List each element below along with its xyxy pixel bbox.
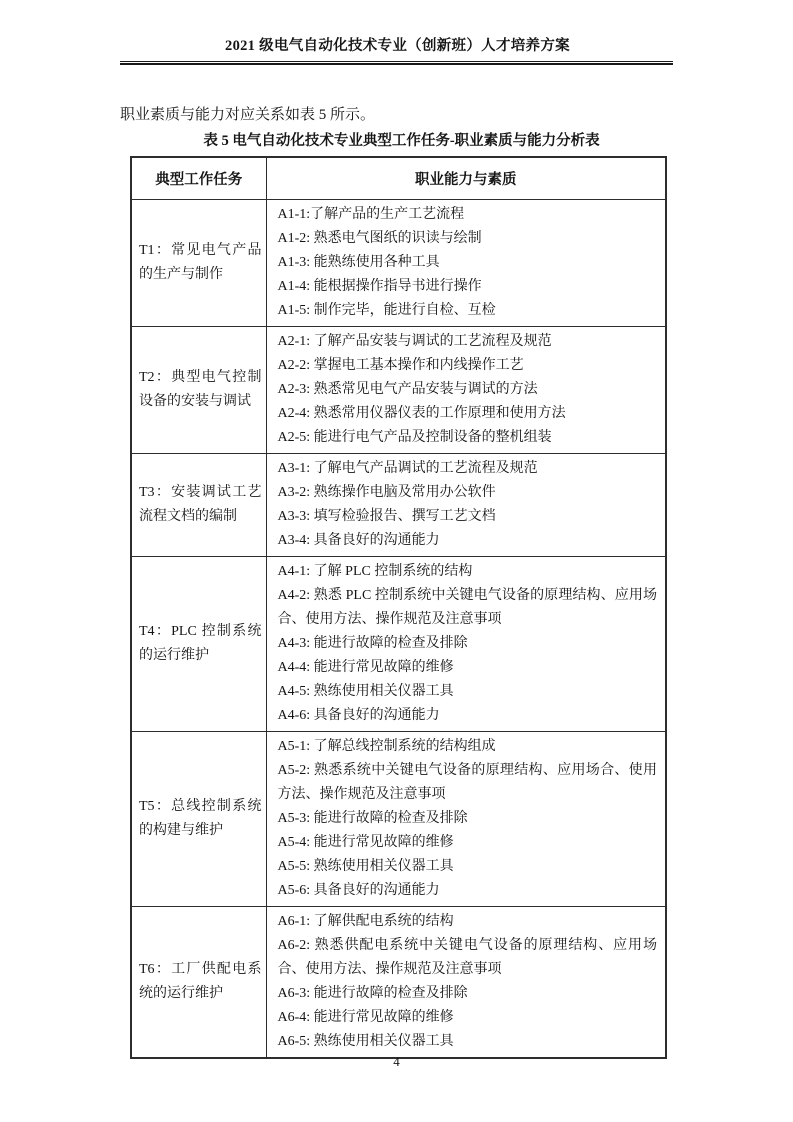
table-header-row: 典型工作任务 职业能力与素质 (131, 157, 666, 199)
intro-paragraph: 职业素质与能力对应关系如表 5 所示。 (120, 105, 673, 125)
ability-item: A1-3: 能熟练使用各种工具 (278, 251, 658, 275)
ability-item: A1-1:了解产品的生产工艺流程 (278, 203, 658, 227)
ability-item: A4-5: 熟练使用相关仪器工具 (278, 680, 658, 704)
ability-item: A1-4: 能根据操作指导书进行操作 (278, 275, 658, 299)
table-row-t3: T3：安装调试工艺流程文档的编制 A3-1: 了解电气产品调试的工艺流程及规范 … (131, 453, 666, 556)
ability-item: A5-6: 具备良好的沟通能力 (278, 879, 658, 903)
ability-item: A3-3: 填写检验报告、撰写工艺文档 (278, 505, 658, 529)
ability-item: A6-3: 能进行故障的检查及排除 (278, 982, 658, 1006)
document-page: 2021 级电气自动化技术专业（创新班）人才培养方案 职业素质与能力对应关系如表… (0, 0, 793, 1122)
ability-item: A3-4: 具备良好的沟通能力 (278, 529, 658, 553)
table-row-t5: T5：总线控制系统的构建与维护 A5-1: 了解总线控制系统的结构组成 A5-2… (131, 731, 666, 906)
ability-cell-t1: A1-1:了解产品的生产工艺流程 A1-2: 熟悉电气图纸的识读与绘制 A1-3… (266, 199, 666, 326)
ability-item: A5-3: 能进行故障的检查及排除 (278, 807, 658, 831)
task-cell-t6: T6：工厂供配电系统的运行维护 (131, 906, 266, 1058)
ability-cell-t3: A3-1: 了解电气产品调试的工艺流程及规范 A3-2: 熟练操作电脑及常用办公… (266, 453, 666, 556)
column-header-task: 典型工作任务 (131, 157, 266, 199)
ability-item: A1-2: 熟悉电气图纸的识读与绘制 (278, 227, 658, 251)
ability-cell-t6: A6-1: 了解供配电系统的结构 A6-2: 熟悉供配电系统中关键电气设备的原理… (266, 906, 666, 1058)
ability-item: A3-2: 熟练操作电脑及常用办公软件 (278, 481, 658, 505)
task-cell-t2: T2：典型电气控制设备的安装与调试 (131, 326, 266, 453)
ability-item: A6-1: 了解供配电系统的结构 (278, 910, 658, 934)
ability-item: A6-5: 熟练使用相关仪器工具 (278, 1030, 658, 1054)
ability-cell-t2: A2-1: 了解产品安装与调试的工艺流程及规范 A2-2: 掌握电工基本操作和内… (266, 326, 666, 453)
table-row-t2: T2：典型电气控制设备的安装与调试 A2-1: 了解产品安装与调试的工艺流程及规… (131, 326, 666, 453)
ability-item: A5-2: 熟悉系统中关键电气设备的原理结构、应用场合、使用方法、操作规范及注意… (278, 759, 658, 807)
ability-item: A4-6: 具备良好的沟通能力 (278, 704, 658, 728)
ability-item: A6-4: 能进行常见故障的维修 (278, 1006, 658, 1030)
task-cell-t1: T1：常见电气产品的生产与制作 (131, 199, 266, 326)
table-row-t1: T1：常见电气产品的生产与制作 A1-1:了解产品的生产工艺流程 A1-2: 熟… (131, 199, 666, 326)
ability-item: A4-4: 能进行常见故障的维修 (278, 656, 658, 680)
ability-item: A6-2: 熟悉供配电系统中关键电气设备的原理结构、应用场合、使用方法、操作规范… (278, 934, 658, 982)
ability-item: A1-5: 制作完毕，能进行自检、互检 (278, 299, 658, 323)
ability-item: A3-1: 了解电气产品调试的工艺流程及规范 (278, 457, 658, 481)
ability-item: A2-4: 熟悉常用仪器仪表的工作原理和使用方法 (278, 402, 658, 426)
task-cell-t4: T4：PLC 控制系统的运行维护 (131, 556, 266, 731)
task-cell-t5: T5：总线控制系统的构建与维护 (131, 731, 266, 906)
ability-item: A5-4: 能进行常见故障的维修 (278, 831, 658, 855)
document-header-title: 2021 级电气自动化技术专业（创新班）人才培养方案 (120, 36, 675, 56)
ability-item: A5-5: 熟练使用相关仪器工具 (278, 855, 658, 879)
ability-item: A4-1: 了解 PLC 控制系统的结构 (278, 560, 658, 584)
ability-cell-t5: A5-1: 了解总线控制系统的结构组成 A5-2: 熟悉系统中关键电气设备的原理… (266, 731, 666, 906)
page-number: 4 (0, 1054, 793, 1070)
ability-item: A2-5: 能进行电气产品及控制设备的整机组装 (278, 426, 658, 450)
ability-cell-t4: A4-1: 了解 PLC 控制系统的结构 A4-2: 熟悉 PLC 控制系统中关… (266, 556, 666, 731)
ability-item: A2-3: 熟悉常见电气产品安装与调试的方法 (278, 378, 658, 402)
task-cell-t3: T3：安装调试工艺流程文档的编制 (131, 453, 266, 556)
ability-item: A4-3: 能进行故障的检查及排除 (278, 632, 658, 656)
ability-item: A4-2: 熟悉 PLC 控制系统中关键电气设备的原理结构、应用场合、使用方法、… (278, 584, 658, 632)
table-row-t6: T6：工厂供配电系统的运行维护 A6-1: 了解供配电系统的结构 A6-2: 熟… (131, 906, 666, 1058)
ability-item: A5-1: 了解总线控制系统的结构组成 (278, 735, 658, 759)
ability-item: A2-1: 了解产品安装与调试的工艺流程及规范 (278, 330, 658, 354)
task-ability-table: 典型工作任务 职业能力与素质 T1：常见电气产品的生产与制作 A1-1:了解产品… (130, 156, 667, 1059)
table-row-t4: T4：PLC 控制系统的运行维护 A4-1: 了解 PLC 控制系统的结构 A4… (131, 556, 666, 731)
header-rule (120, 61, 673, 65)
table-caption: 表 5 电气自动化技术专业典型工作任务-职业素质与能力分析表 (120, 132, 683, 151)
column-header-ability: 职业能力与素质 (266, 157, 666, 199)
ability-item: A2-2: 掌握电工基本操作和内线操作工艺 (278, 354, 658, 378)
